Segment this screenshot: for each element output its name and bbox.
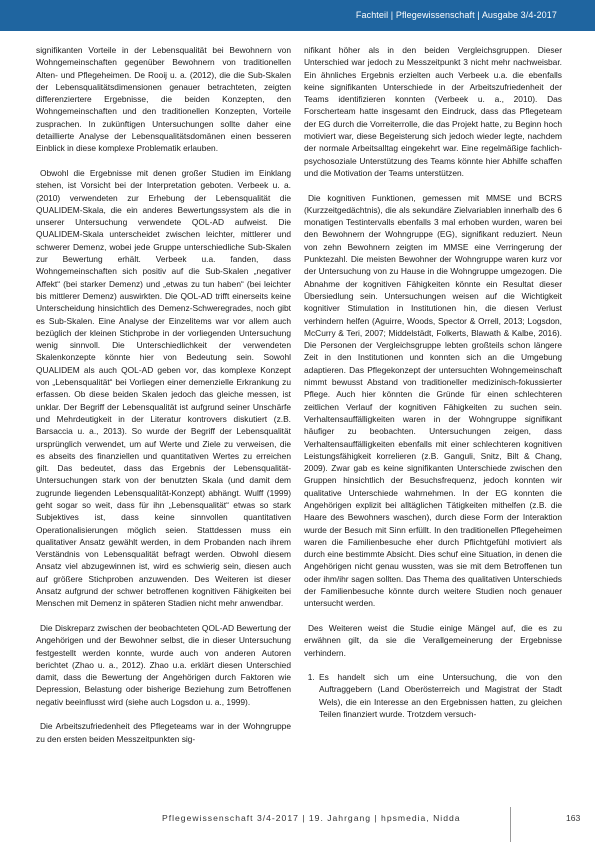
header-bar: Fachteil | Pflegewissenschaft | Ausgabe … <box>0 0 595 31</box>
list-item: Es handelt sich um eine Untersuchung, di… <box>317 671 562 720</box>
paragraph: Die Diskreparz zwischen der beobachteten… <box>36 622 291 708</box>
right-column: nifikant höher als in den beiden Verglei… <box>304 44 562 720</box>
page-number: 163 <box>566 813 580 823</box>
footer-citation: Pflegewissenschaft 3/4-2017 | 19. Jahrga… <box>162 813 461 823</box>
paragraph: Obwohl die Ergebnisse mit denen großer S… <box>36 167 291 610</box>
paragraph: signifikanten Vorteile in der Lebensqual… <box>36 44 291 155</box>
paragraph: nifikant höher als in den beiden Verglei… <box>304 44 562 179</box>
paragraph: Die Arbeitszufriedenheit des Pflegeteams… <box>36 720 291 745</box>
paragraph: Die kognitiven Funktionen, gemessen mit … <box>304 192 562 610</box>
limitations-list: Es handelt sich um eine Untersuchung, di… <box>304 671 562 720</box>
running-title: Fachteil | Pflegewissenschaft | Ausgabe … <box>356 10 557 20</box>
footer-divider <box>510 807 511 842</box>
paragraph: Des Weiteren weist die Studie einige Män… <box>304 622 562 659</box>
left-column: signifikanten Vorteile in der Lebensqual… <box>36 44 291 757</box>
